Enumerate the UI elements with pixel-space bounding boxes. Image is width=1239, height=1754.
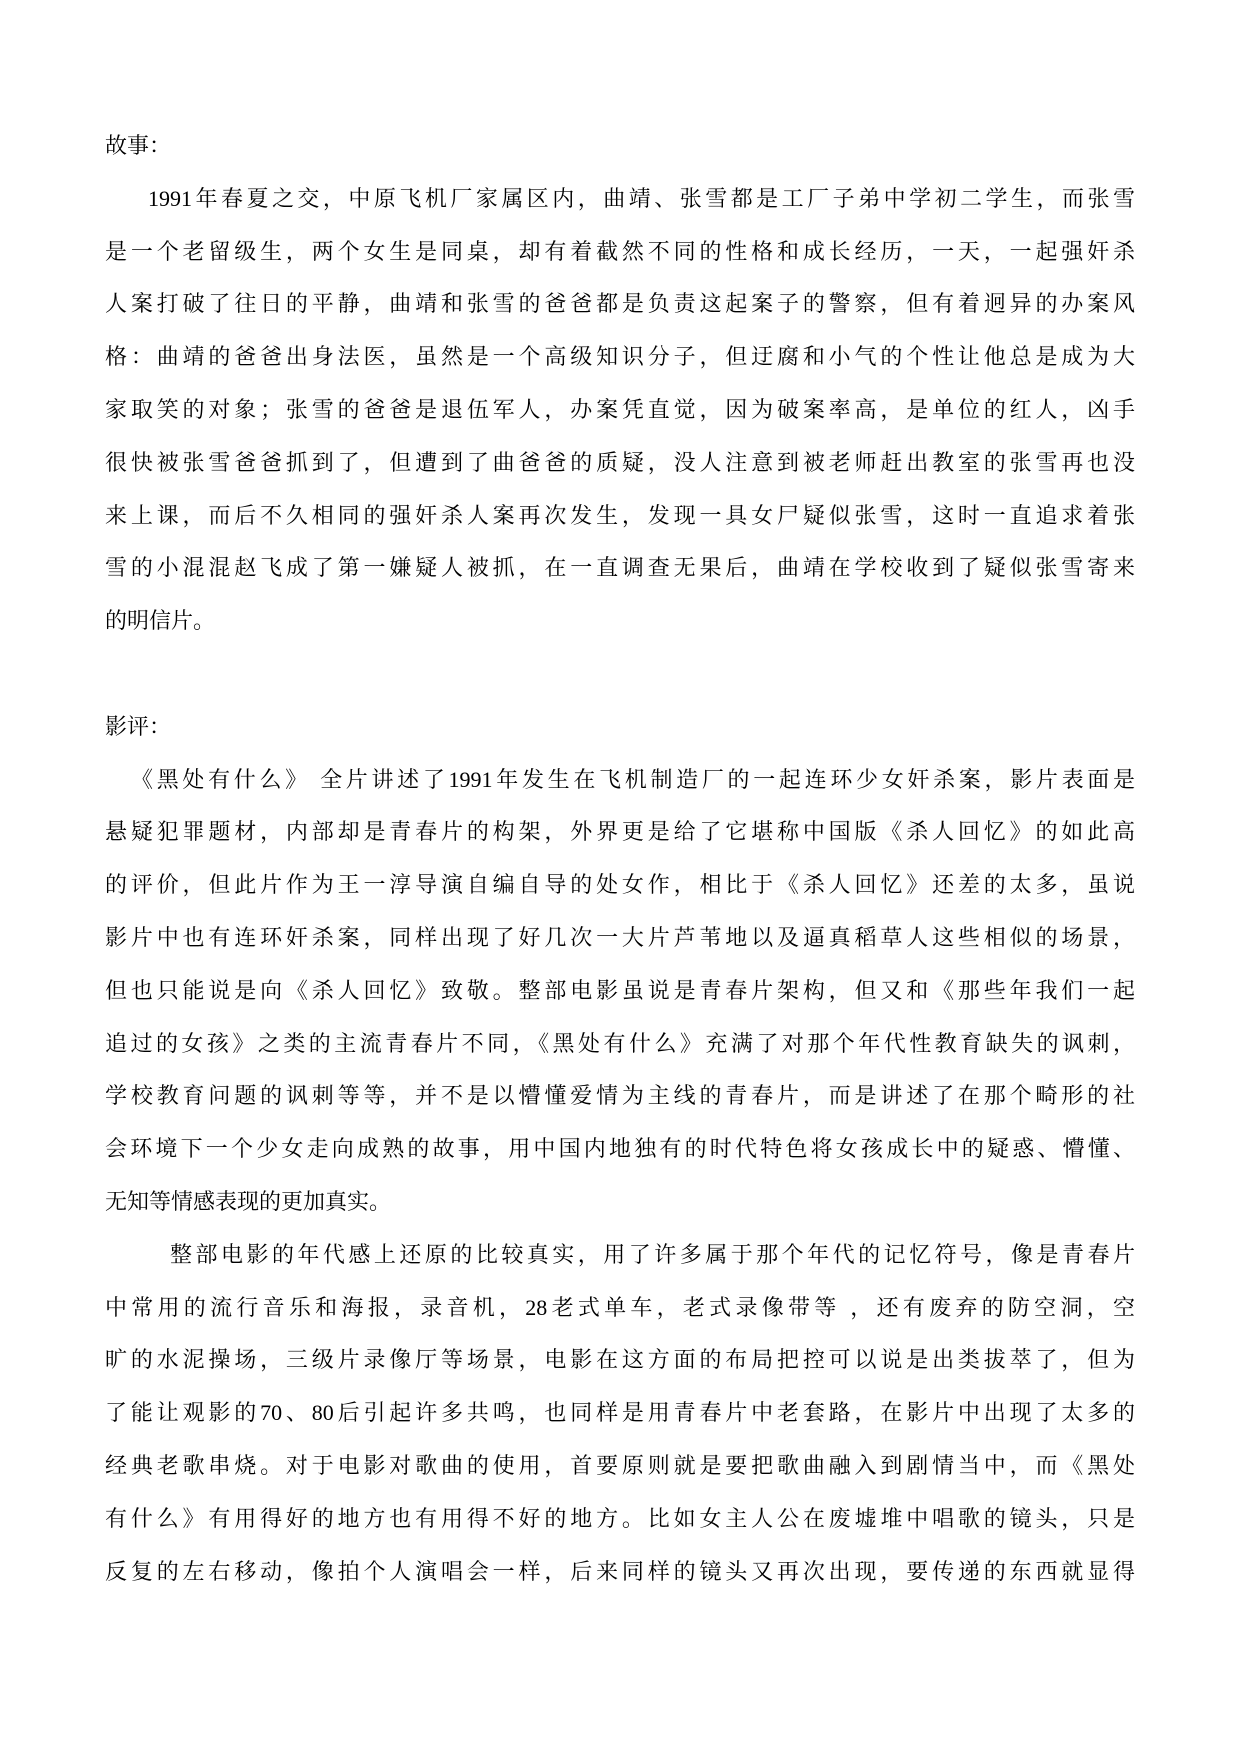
paragraph: 1991年春夏之交，中原飞机厂家属区内，曲靖、张雪都是工厂子弟中学初二学生，而张…	[105, 173, 1135, 648]
text-line: 格：曲靖的爸爸出身法医，虽然是一个高级知识分子，但迂腐和小气的个性让他总是成为大	[105, 331, 1135, 384]
text-line: 人案打破了往日的平静，曲靖和张雪的爸爸都是负责这起案子的警察，但有着迥异的办案风	[105, 278, 1135, 331]
paragraph: 整部电影的年代感上还原的比较真实，用了许多属于那个年代的记忆符号，像是青春片中常…	[105, 1229, 1135, 1599]
text-line: 但也只能说是向《杀人回忆》致敬。整部电影虽说是青春片架构，但又和《那些年我们一起	[105, 965, 1135, 1018]
text-line: 悬疑犯罪题材，内部却是青春片的构架，外界更是给了它堪称中国版《杀人回忆》的如此高	[105, 806, 1135, 859]
text-line: 很快被张雪爸爸抓到了，但遭到了曲爸爸的质疑，没人注意到被老师赶出教室的张雪再也没	[105, 437, 1135, 490]
document-section: 影评：《黑处有什么》 全片讲述了1991年发生在飞机制造厂的一起连环少女奸杀案，…	[105, 701, 1135, 1599]
text-line: 1991年春夏之交，中原飞机厂家属区内，曲靖、张雪都是工厂子弟中学初二学生，而张…	[105, 173, 1135, 226]
text-line: 有什么》有用得好的地方也有用得不好的地方。比如女主人公在废墟堆中唱歌的镜头，只是	[105, 1493, 1135, 1546]
document-section: 故事：1991年春夏之交，中原飞机厂家属区内，曲靖、张雪都是工厂子弟中学初二学生…	[105, 120, 1135, 648]
text-line: 雪的小混混赵飞成了第一嫌疑人被抓，在一直调查无果后，曲靖在学校收到了疑似张雪寄来	[105, 542, 1135, 595]
text-line: 整部电影的年代感上还原的比较真实，用了许多属于那个年代的记忆符号，像是青春片	[105, 1229, 1135, 1282]
text-line: 《黑处有什么》 全片讲述了1991年发生在飞机制造厂的一起连环少女奸杀案，影片表…	[105, 754, 1135, 807]
text-line: 家取笑的对象；张雪的爸爸是退伍军人，办案凭直觉，因为破案率高，是单位的红人，凶手	[105, 384, 1135, 437]
text-line: 中常用的流行音乐和海报，录音机，28老式单车，老式录像带等 ，还有废弃的防空洞，…	[105, 1282, 1135, 1335]
text-line: 是一个老留级生，两个女生是同桌，却有着截然不同的性格和成长经历，一天，一起强奸杀	[105, 226, 1135, 279]
text-line: 追过的女孩》之类的主流青春片不同，《黑处有什么》充满了对那个年代性教育缺失的讽刺…	[105, 1018, 1135, 1071]
text-line: 的评价，但此片作为王一淳导演自编自导的处女作，相比于《杀人回忆》还差的太多，虽说	[105, 859, 1135, 912]
section-heading: 故事：	[105, 120, 1135, 173]
text-line: 来上课，而后不久相同的强奸杀人案再次发生，发现一具女尸疑似张雪，这时一直追求着张	[105, 490, 1135, 543]
text-line: 的明信片。	[105, 595, 1135, 648]
text-line: 反复的左右移动，像拍个人演唱会一样，后来同样的镜头又再次出现，要传递的东西就显得	[105, 1546, 1135, 1599]
text-line: 会环境下一个少女走向成熟的故事，用中国内地独有的时代特色将女孩成长中的疑惑、懵懂…	[105, 1123, 1135, 1176]
text-line: 旷的水泥操场，三级片录像厅等场景，电影在这方面的布局把控可以说是出类拔萃了，但为	[105, 1334, 1135, 1387]
section-heading: 影评：	[105, 701, 1135, 754]
text-line: 影片中也有连环奸杀案，同样出现了好几次一大片芦苇地以及逼真稻草人这些相似的场景，	[105, 912, 1135, 965]
paragraph: 《黑处有什么》 全片讲述了1991年发生在飞机制造厂的一起连环少女奸杀案，影片表…	[105, 754, 1135, 1229]
text-line: 了能让观影的70、80后引起许多共鸣，也同样是用青春片中老套路，在影片中出现了太…	[105, 1387, 1135, 1440]
text-line: 学校教育问题的讽刺等等，并不是以懵懂爱情为主线的青春片，而是讲述了在那个畸形的社	[105, 1070, 1135, 1123]
text-line: 无知等情感表现的更加真实。	[105, 1176, 1135, 1229]
document-page: 故事：1991年春夏之交，中原飞机厂家属区内，曲靖、张雪都是工厂子弟中学初二学生…	[0, 0, 1239, 1754]
text-line: 经典老歌串烧。对于电影对歌曲的使用，首要原则就是要把歌曲融入到剧情当中，而《黑处	[105, 1440, 1135, 1493]
